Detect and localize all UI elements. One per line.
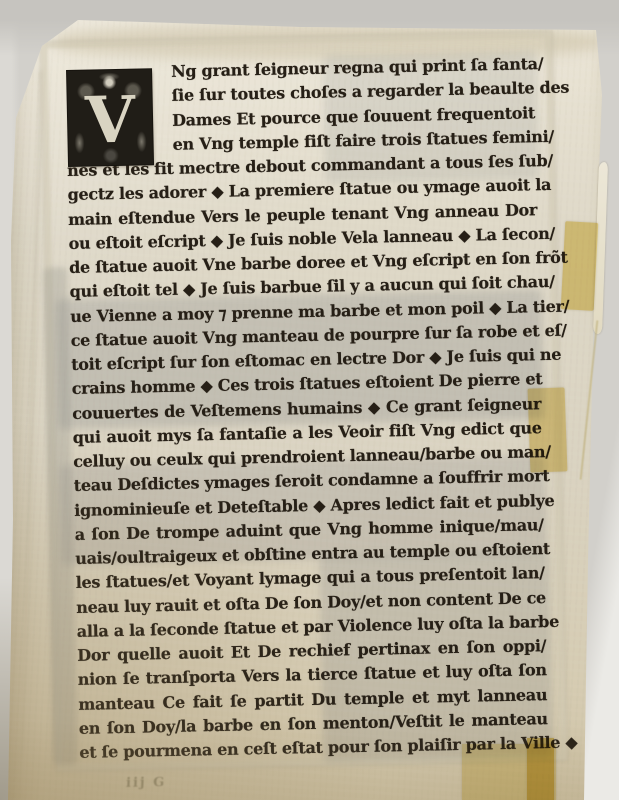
text-block: V Ng grant ſeigneur regna qui print ſa f… <box>65 52 549 765</box>
initial-letter-v: V <box>67 69 153 166</box>
manuscript-leaf: V Ng grant ſeigneur regna qui print ſa f… <box>0 0 619 800</box>
page-content: V Ng grant ſeigneur regna qui print ſa f… <box>0 0 619 800</box>
signature-mark-showthrough: iij G <box>126 775 167 791</box>
tape-right-middle <box>528 387 568 472</box>
tape-right-upper <box>561 221 599 311</box>
tape-bottom-bright <box>527 738 554 800</box>
decorated-initial-woodcut: V <box>67 69 153 166</box>
photo-backdrop: V Ng grant ſeigneur regna qui print ſa f… <box>0 0 619 800</box>
